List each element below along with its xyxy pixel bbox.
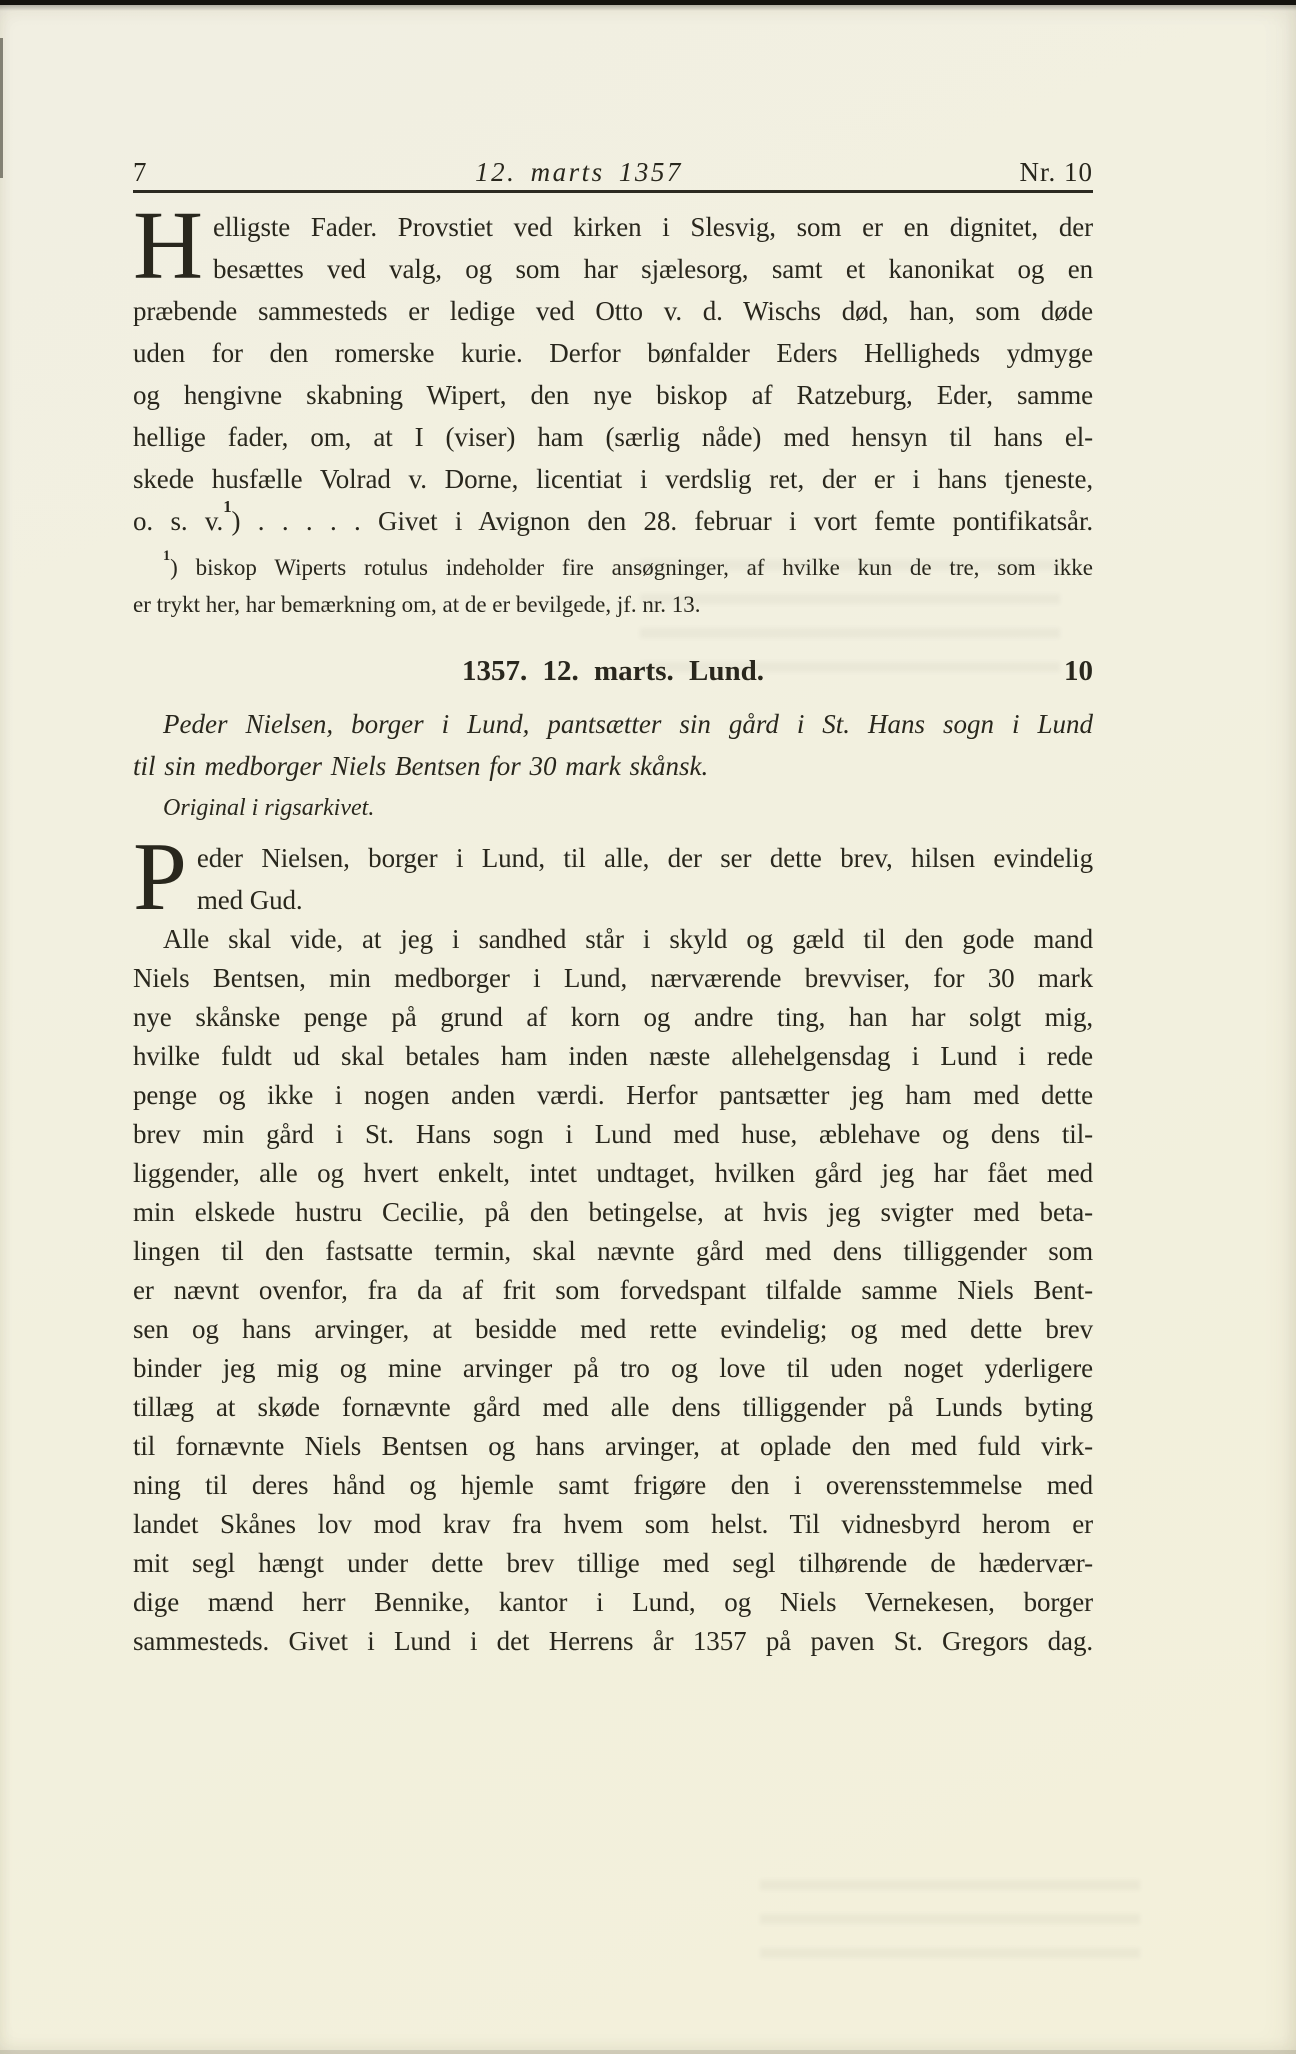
salutation-paragraph: P eder Nielsen, borger i Lund, til alle,… xyxy=(133,837,1093,921)
text-line: besættes ved valg, og som har sjælesorg,… xyxy=(133,248,1093,290)
scan-left-edge xyxy=(0,38,3,178)
text-line: Niels Bentsen, min medborger i Lund, nær… xyxy=(133,959,1093,998)
footnote-line: 1) biskop Wiperts rotulus indeholder fir… xyxy=(133,549,1093,586)
scan-bottom-edge xyxy=(0,2050,1296,2054)
footnote-marker: 1 xyxy=(163,548,170,564)
text-line: Alle skal vide, at jeg i sandhed står i … xyxy=(133,920,1093,959)
verso-show-through xyxy=(760,1880,1140,1970)
text-line: til sin medborger Niels Bentsen for 30 m… xyxy=(133,745,1093,787)
text-line: præbende sammesteds er ledige ved Otto v… xyxy=(133,290,1093,332)
text-line: dige mænd herr Bennike, kantor i Lund, o… xyxy=(133,1583,1093,1622)
book-page-scan: 7 12. marts 1357 Nr. 10 H elligste Fader… xyxy=(0,0,1296,2054)
scan-top-edge-fade xyxy=(0,5,1296,11)
text-line: hvilke fuldt ud skal betales ham inden n… xyxy=(133,1037,1093,1076)
body-paragraph: Alle skal vide, at jeg i sandhed står i … xyxy=(133,920,1093,1661)
text-line: til fornævnte Niels Bentsen og hans arvi… xyxy=(133,1427,1093,1466)
page-header: 7 12. marts 1357 Nr. 10 xyxy=(133,150,1093,188)
text-line: er nævnt ovenfor, fra da af frit som for… xyxy=(133,1271,1093,1310)
text-line: hellige fader, om, at I (viser) ham (sær… xyxy=(133,416,1093,458)
footnote-line: er trykt her, har bemærkning om, at de e… xyxy=(133,586,1093,623)
text-line: binder jeg mig og mine arvinger på tro o… xyxy=(133,1349,1093,1388)
text-line: penge og ikke i nogen anden værdi. Herfo… xyxy=(133,1076,1093,1115)
text-line: brev min gård i St. Hans sogn i Lund med… xyxy=(133,1115,1093,1154)
header-rule xyxy=(133,190,1093,193)
text-line: min elskede hustru Cecilie, på den betin… xyxy=(133,1193,1093,1232)
running-title: 12. marts 1357 xyxy=(99,157,1059,188)
entry-heading-number: 10 xyxy=(1064,655,1093,688)
footnote: 1) biskop Wiperts rotulus indeholder fir… xyxy=(133,549,1093,623)
text-line: landet Skånes lov mod krav fra hvem som … xyxy=(133,1505,1093,1544)
text-line: lingen til den fastsatte termin, skal næ… xyxy=(133,1232,1093,1271)
text-line: tillæg at skøde fornævnte gård med alle … xyxy=(133,1388,1093,1427)
drop-cap: P xyxy=(133,837,197,921)
entry-number-label: Nr. 10 xyxy=(1020,157,1094,188)
text-line: o. s. v.1) . . . . . Givet i Avignon den… xyxy=(133,500,1093,542)
text-line: sammesteds. Givet i Lund i det Herrens å… xyxy=(133,1622,1093,1661)
source-note: Original i rigsarkivet. xyxy=(133,795,1123,822)
footnote-reference: 1 xyxy=(223,497,231,516)
text-line: med Gud. xyxy=(133,879,1093,921)
entry-heading: 1357. 12. marts. Lund. 10 xyxy=(133,655,1093,688)
text-line: elligste Fader. Provstiet ved kirken i S… xyxy=(133,206,1093,248)
text-line: skede husfælle Volrad v. Dorne, licentia… xyxy=(133,458,1093,500)
text-line: eder Nielsen, borger i Lund, til alle, d… xyxy=(133,837,1093,879)
text-line: Peder Nielsen, borger i Lund, pantsætter… xyxy=(133,703,1093,745)
entry-heading-text: 1357. 12. marts. Lund. xyxy=(462,655,764,687)
text-fragment: ) biskop Wiperts rotulus indeholder fire… xyxy=(170,555,1093,580)
entry-summary: Peder Nielsen, borger i Lund, pantsætter… xyxy=(133,703,1093,787)
drop-cap: H xyxy=(133,206,213,290)
text-fragment: o. s. v. xyxy=(133,506,223,536)
text-line: uden for den romerske kurie. Derfor bønf… xyxy=(133,332,1093,374)
text-line: sen og hans arvinger, at besidde med ret… xyxy=(133,1310,1093,1349)
text-fragment: ) . . . . . Givet i Avignon den 28. febr… xyxy=(232,506,1094,536)
text-line: liggender, alle og hvert enkelt, intet u… xyxy=(133,1154,1093,1193)
text-line: nye skånske penge på grund af korn og an… xyxy=(133,998,1093,1037)
text-line: ning til deres hånd og hjemle samt frigø… xyxy=(133,1466,1093,1505)
text-line: og hengivne skabning Wipert, den nye bis… xyxy=(133,374,1093,416)
petition-paragraph: H elligste Fader. Provstiet ved kirken i… xyxy=(133,206,1093,542)
text-line: mit segl hængt under dette brev tillige … xyxy=(133,1544,1093,1583)
